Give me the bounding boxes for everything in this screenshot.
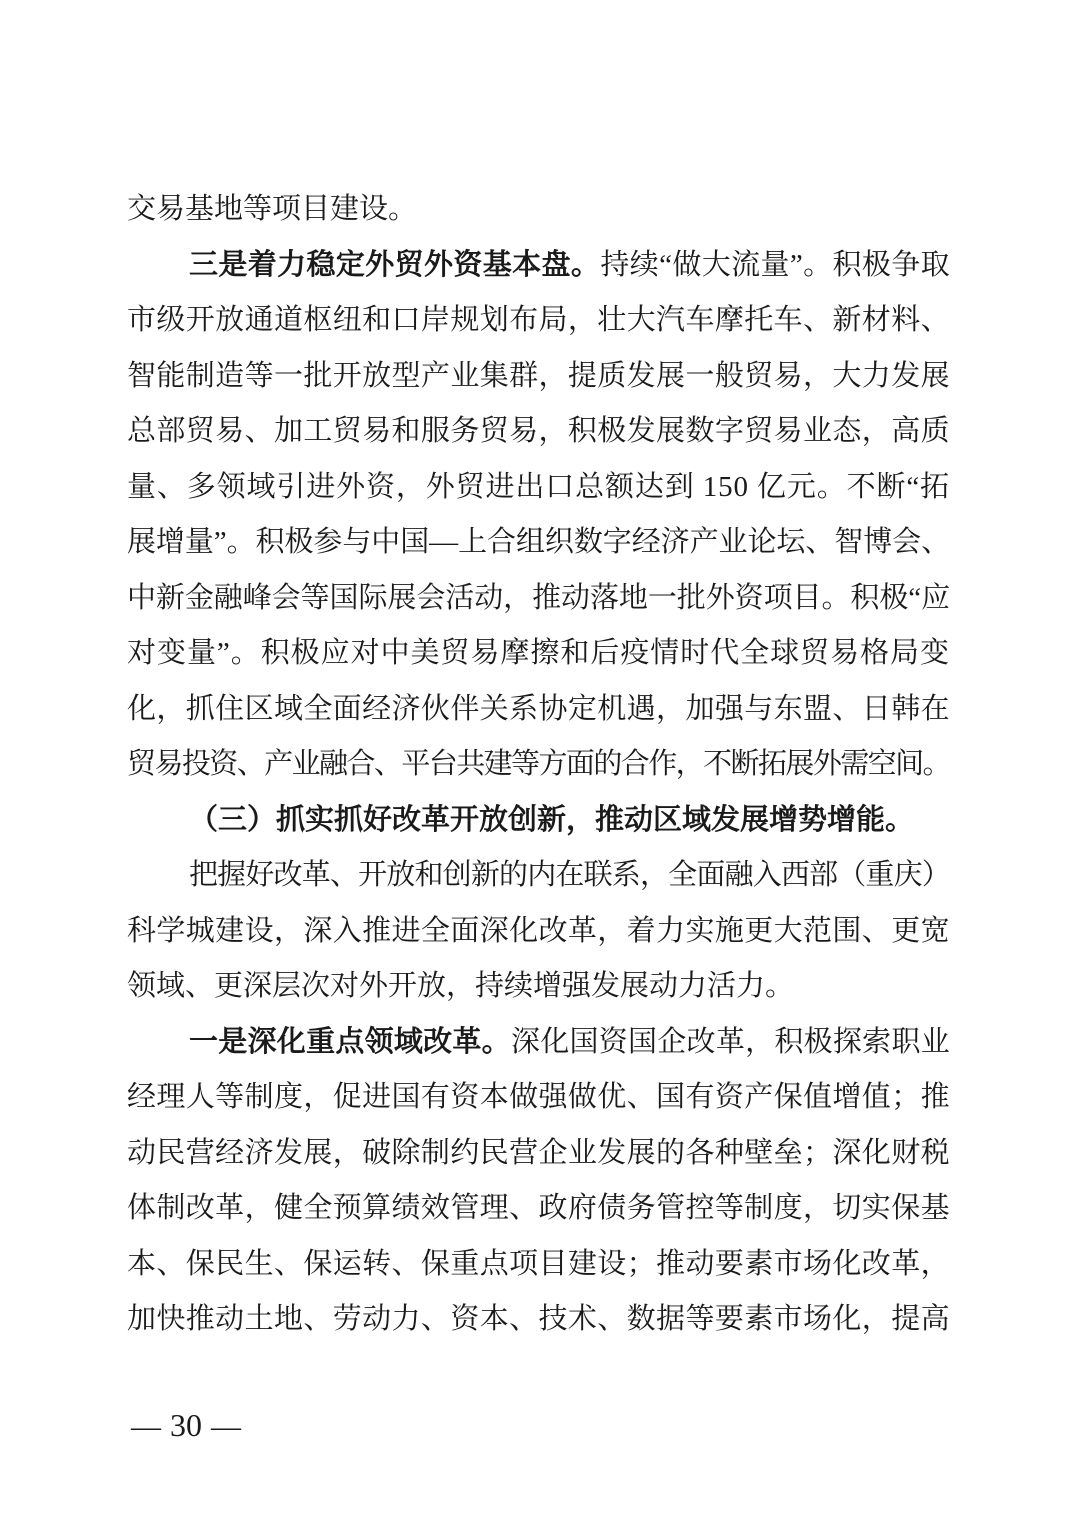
- text-line-content: 科学城建设，深入推进全面深化改革，着力实施更大范围、更宽: [127, 915, 950, 947]
- text-segment: 交易基地等项目建设。: [127, 193, 417, 225]
- page-footer: —30—: [131, 1398, 241, 1453]
- text-line: 展增量”。积极参与中国—上合组织数字经济产业论坛、智博会、: [127, 515, 950, 571]
- text-line: 市级开放通道枢纽和口岸规划布局，壮大汽车摩托车、新材料、: [127, 293, 950, 349]
- text-segment: 持续“做大流量”。积极争取: [600, 249, 950, 281]
- text-line-content: 展增量”。积极参与中国—上合组织数字经济产业论坛、智博会、: [127, 526, 950, 558]
- text-line-content: 交易基地等项目建设。: [127, 193, 417, 225]
- text-line: 三是着力稳定外贸外资基本盘。持续“做大流量”。积极争取: [127, 238, 950, 294]
- text-line-content: 中新金融峰会等国际展会活动，推动落地一批外资项目。积极“应: [127, 582, 950, 614]
- text-line-content: 市级开放通道枢纽和口岸规划布局，壮大汽车摩托车、新材料、: [127, 304, 950, 336]
- text-line: 一是深化重点领域改革。深化国资国企改革，积极探索职业: [127, 1015, 950, 1071]
- text-line: 化，抓住区域全面经济伙伴关系协定机遇，加强与东盟、日韩在: [127, 682, 950, 738]
- text-line-content: 量、多领域引进外资，外贸进出口总额达到 150 亿元。不断“拓: [127, 471, 950, 503]
- text-segment: 化，抓住区域全面经济伙伴关系协定机遇，加强与东盟、日韩在: [127, 693, 950, 725]
- text-segment: 深化国资国企改革，积极探索职业: [511, 1026, 950, 1058]
- text-segment: 领域、更深层次对外开放，持续增强发展动力活力。: [127, 970, 794, 1002]
- text-line-content: 动民营经济发展，破除制约民营企业发展的各种壁垒；深化财税: [127, 1137, 950, 1169]
- text-line-content: 对变量”。积极应对中美贸易摩擦和后疫情时代全球贸易格局变: [127, 637, 950, 669]
- text-line-content: 本、保民生、保运转、保重点项目建设；推动要素市场化改革，: [127, 1248, 950, 1280]
- text-line: 经理人等制度，促进国有资本做强做优、国有资产保值增值；推: [127, 1070, 950, 1126]
- text-line-content: 把握好改革、开放和创新的内在联系，全面融入西部（重庆）: [189, 859, 950, 891]
- text-line: 体制改革，健全预算绩效管理、政府债务管控等制度，切实保基: [127, 1181, 950, 1237]
- text-line-content: 智能制造等一批开放型产业集群，提质发展一般贸易，大力发展: [127, 360, 950, 392]
- text-segment: 市级开放通道枢纽和口岸规划布局，壮大汽车摩托车、新材料、: [127, 304, 950, 336]
- text-segment: 本、保民生、保运转、保重点项目建设；推动要素市场化改革，: [127, 1248, 950, 1280]
- footer-dash-right: —: [211, 1410, 241, 1443]
- page-number: 30: [170, 1398, 202, 1453]
- text-segment: 总部贸易、加工贸易和服务贸易，积极发展数字贸易业态，高质: [127, 415, 950, 447]
- text-segment: 展增量”。积极参与中国—上合组织数字经济产业论坛、智博会、: [127, 526, 950, 558]
- text-segment: 体制改革，健全预算绩效管理、政府债务管控等制度，切实保基: [127, 1192, 950, 1224]
- text-segment-bold: 一是深化重点领域改革。: [189, 1026, 511, 1058]
- text-line-content: 加快推动土地、劳动力、资本、技术、数据等要素市场化，提高: [127, 1303, 950, 1335]
- text-segment: 加快推动土地、劳动力、资本、技术、数据等要素市场化，提高: [127, 1303, 950, 1335]
- text-line-content: 总部贸易、加工贸易和服务贸易，积极发展数字贸易业态，高质: [127, 415, 950, 447]
- text-line: 总部贸易、加工贸易和服务贸易，积极发展数字贸易业态，高质: [127, 404, 950, 460]
- text-segment: 科学城建设，深入推进全面深化改革，着力实施更大范围、更宽: [127, 915, 950, 947]
- text-line-content: 贸易投资、产业融合、平台共建等方面的合作，不断拓展外需空间。: [127, 748, 950, 780]
- text-segment: 智能制造等一批开放型产业集群，提质发展一般贸易，大力发展: [127, 360, 950, 392]
- footer-dash-left: —: [131, 1410, 161, 1443]
- text-segment: 量、多领域引进外资，外贸进出口总额达到 150 亿元。不断“拓: [127, 471, 950, 503]
- text-segment: 中新金融峰会等国际展会活动，推动落地一批外资项目。积极“应: [127, 582, 950, 614]
- document-page: 交易基地等项目建设。三是着力稳定外贸外资基本盘。持续“做大流量”。积极争取市级开…: [0, 0, 1074, 1520]
- text-line-content: 一是深化重点领域改革。深化国资国企改革，积极探索职业: [189, 1026, 950, 1058]
- text-line-content: 领域、更深层次对外开放，持续增强发展动力活力。: [127, 970, 794, 1002]
- text-line: 领域、更深层次对外开放，持续增强发展动力活力。: [127, 959, 950, 1015]
- text-line-content: 化，抓住区域全面经济伙伴关系协定机遇，加强与东盟、日韩在: [127, 693, 950, 725]
- text-segment: 经理人等制度，促进国有资本做强做优、国有资产保值增值；推: [127, 1081, 950, 1113]
- text-line-content: 经理人等制度，促进国有资本做强做优、国有资产保值增值；推: [127, 1081, 950, 1113]
- text-line-content: 体制改革，健全预算绩效管理、政府债务管控等制度，切实保基: [127, 1192, 950, 1224]
- text-segment: 对变量”。积极应对中美贸易摩擦和后疫情时代全球贸易格局变: [127, 637, 950, 669]
- text-line: 贸易投资、产业融合、平台共建等方面的合作，不断拓展外需空间。: [127, 737, 950, 793]
- document-body: 交易基地等项目建设。三是着力稳定外贸外资基本盘。持续“做大流量”。积极争取市级开…: [127, 182, 950, 1348]
- text-segment: 动民营经济发展，破除制约民营企业发展的各种壁垒；深化财税: [127, 1137, 950, 1169]
- text-line: （三）抓实抓好改革开放创新，推动区域发展增势增能。: [127, 793, 950, 849]
- text-line: 交易基地等项目建设。: [127, 182, 950, 238]
- text-segment: 贸易投资、产业融合、平台共建等方面的合作，不断拓展外需空间。: [127, 748, 950, 780]
- text-line: 加快推动土地、劳动力、资本、技术、数据等要素市场化，提高: [127, 1292, 950, 1348]
- text-line: 把握好改革、开放和创新的内在联系，全面融入西部（重庆）: [127, 848, 950, 904]
- text-segment-bold: （三）抓实抓好改革开放创新，推动区域发展增势增能。: [189, 804, 914, 836]
- text-line: 量、多领域引进外资，外贸进出口总额达到 150 亿元。不断“拓: [127, 460, 950, 516]
- text-line: 智能制造等一批开放型产业集群，提质发展一般贸易，大力发展: [127, 349, 950, 405]
- text-line: 科学城建设，深入推进全面深化改革，着力实施更大范围、更宽: [127, 904, 950, 960]
- text-line-content: 三是着力稳定外贸外资基本盘。持续“做大流量”。积极争取: [189, 249, 950, 281]
- text-line: 对变量”。积极应对中美贸易摩擦和后疫情时代全球贸易格局变: [127, 626, 950, 682]
- text-segment: 把握好改革、开放和创新的内在联系，全面融入西部（重庆）: [189, 859, 950, 891]
- text-line: 本、保民生、保运转、保重点项目建设；推动要素市场化改革，: [127, 1237, 950, 1293]
- text-line-content: （三）抓实抓好改革开放创新，推动区域发展增势增能。: [189, 804, 914, 836]
- text-line: 动民营经济发展，破除制约民营企业发展的各种壁垒；深化财税: [127, 1126, 950, 1182]
- text-line: 中新金融峰会等国际展会活动，推动落地一批外资项目。积极“应: [127, 571, 950, 627]
- text-segment-bold: 三是着力稳定外贸外资基本盘。: [189, 249, 600, 281]
